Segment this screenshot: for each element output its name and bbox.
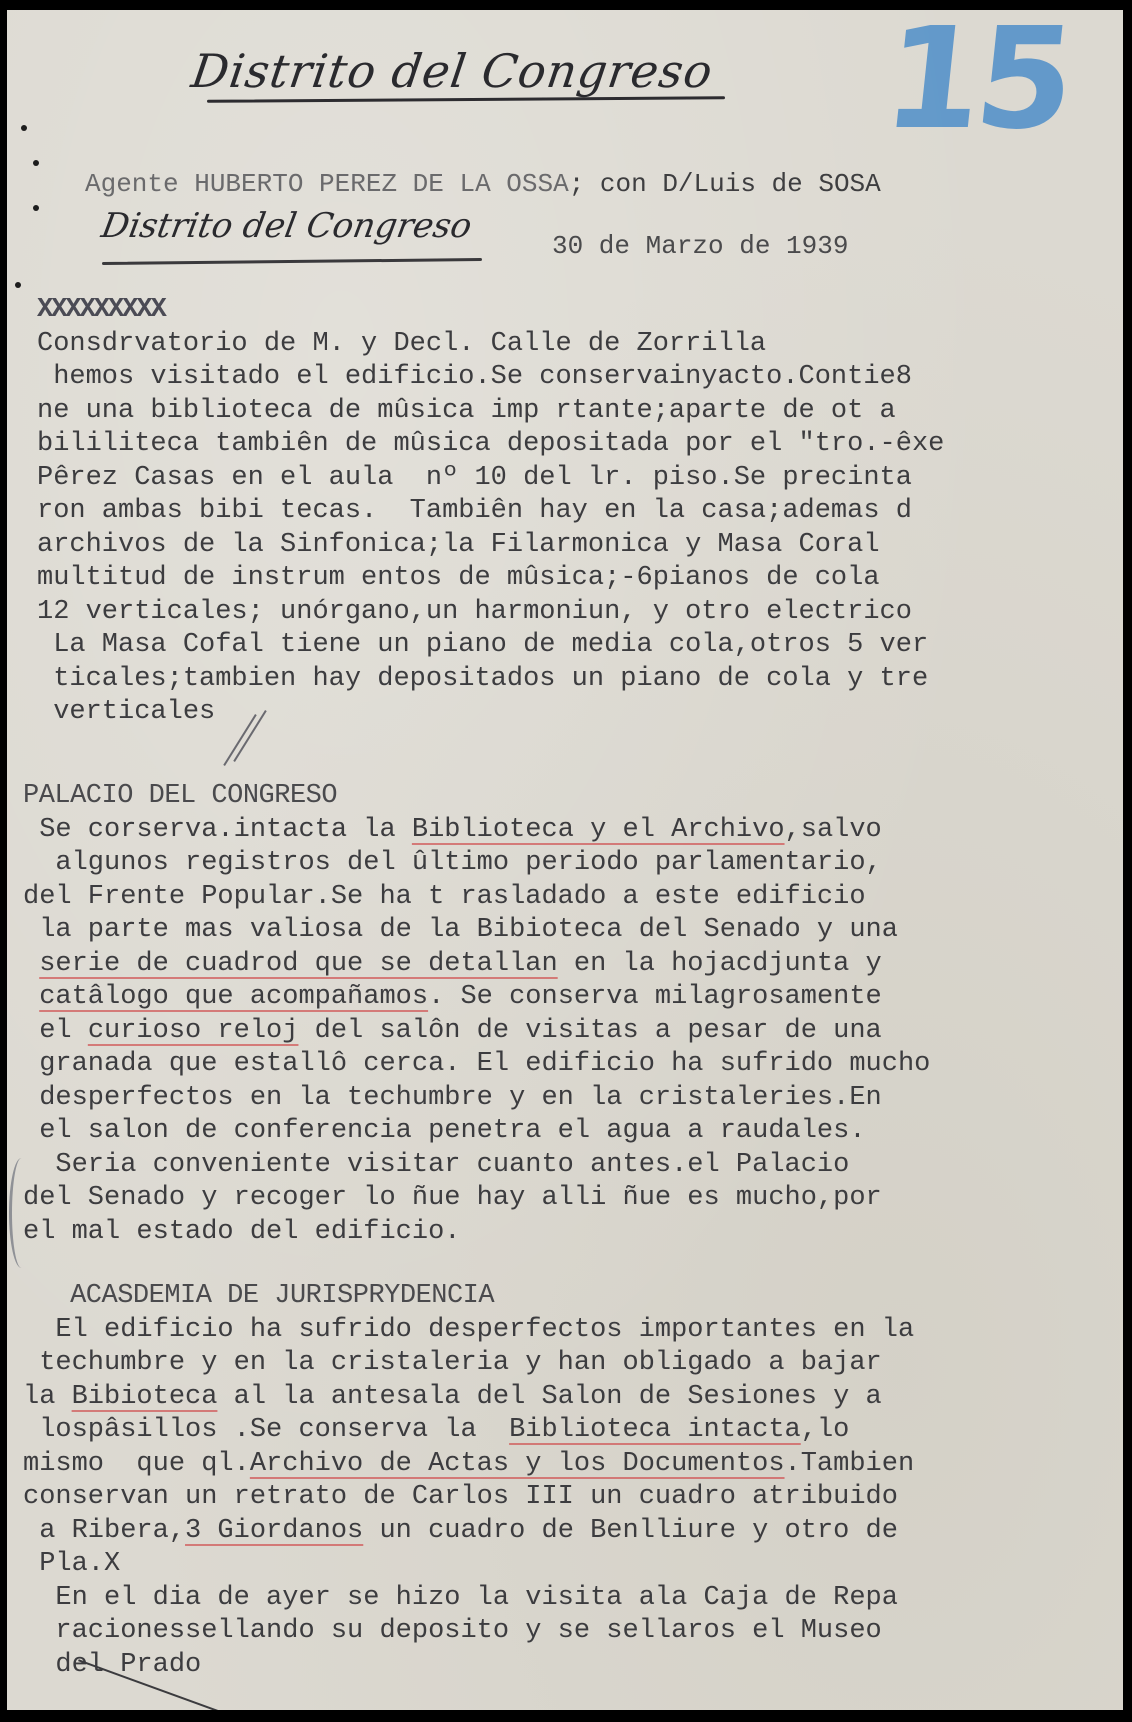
text-line: el mal estado del edificio. (23, 1216, 930, 1250)
text-line: racionessellando su deposito y se sellar… (23, 1615, 914, 1649)
text-line: del Senado y recoger lo ñue hay alli ñue… (23, 1182, 930, 1216)
text-segment: la (23, 1382, 72, 1412)
text-segment: ,lo (801, 1415, 850, 1445)
text-segment: un cuadro de Benlliure y otro de (363, 1516, 898, 1546)
text-line: la parte mas valiosa de la Bibioteca del… (23, 914, 930, 948)
agent-name: HUBERTO PEREZ DE LA OSSA (194, 169, 568, 199)
text-line: a Ribera,3 Giordanos un cuadro de Benlli… (23, 1515, 914, 1549)
section-conservatorio: XXXXXXXXX Consdrvatorio de M. y Decl. Ca… (37, 294, 944, 730)
text-segment: racionessellando su deposito y se sellar… (23, 1616, 882, 1646)
text-segment: del Prado (23, 1650, 201, 1680)
text-segment: del salôn de visitas a pesar de una (298, 1016, 881, 1046)
text-segment: el mal estado del edificio. (23, 1217, 460, 1247)
punch-mark (33, 205, 39, 211)
document-date: 30 de Marzo de 1939 (552, 230, 848, 263)
text-segment: ,salvo (785, 815, 882, 845)
text-segment: techumbre y en la cristaleria y han obli… (23, 1348, 882, 1378)
text-segment: desperfectos en la techumbre y en la cri… (23, 1083, 882, 1113)
text-line: del Prado (23, 1649, 914, 1683)
text-line: del Frente Popular.Se ha t rasladado a e… (23, 881, 930, 915)
text-line: multitud de instrum entos de mûsica;-6pi… (37, 562, 944, 596)
section-heading: ACASDEMIA DE JURISPRYDENCIA (23, 1280, 914, 1314)
text-line: catâlogo que acompañamos. Se conserva mi… (23, 981, 930, 1015)
red-underlined-text: catâlogo que acompañamos (39, 982, 428, 1012)
text-line: el curioso reloj del salôn de visitas a … (23, 1015, 930, 1049)
red-underlined-text: Archivo de Actas y los Documentos (250, 1449, 785, 1479)
text-segment: a Ribera, (23, 1516, 185, 1546)
text-segment (23, 982, 39, 1012)
red-underlined-text: 3 Giordanos (185, 1516, 363, 1546)
text-line: el salon de conferencia penetra el agua … (23, 1115, 930, 1149)
text-segment: mismo que ql. (23, 1449, 250, 1479)
text-line: En el dia de ayer se hizo la visita ala … (23, 1582, 914, 1616)
text-line: algunos registros del ûltimo periodo par… (23, 847, 930, 881)
text-segment: .Tambien (785, 1449, 915, 1479)
handwritten-title: Distrito del Congreso (188, 44, 716, 98)
text-line: ticales;tambien hay depositados un piano… (37, 663, 944, 697)
text-segment: al la antesala del Salon de Sesiones y a (217, 1382, 881, 1412)
red-underlined-text: Biblioteca y el Archivo (412, 815, 785, 845)
text-line: Se corserva.intacta la Biblioteca y el A… (23, 814, 930, 848)
text-segment (23, 949, 39, 979)
text-segment: en la hojacdjunta y (558, 949, 882, 979)
folio-number: 15 (878, 10, 1076, 150)
agent-line: Agente HUBERTO PEREZ DE LA OSSA; con D/L… (85, 168, 881, 201)
agent-prefix: Agente (85, 169, 194, 199)
text-line: la Bibioteca al la antesala del Salon de… (23, 1381, 914, 1415)
red-underlined-text: Bibioteca (72, 1382, 218, 1412)
text-segment: conservan un retrato de Carlos III un cu… (23, 1482, 898, 1512)
text-line: Pêrez Casas en el aula nº 10 del lr. pis… (37, 462, 944, 496)
text-line: archivos de la Sinfonica;la Filarmonica … (37, 529, 944, 563)
text-segment: Se corserva.intacta la (23, 815, 412, 845)
text-segment: del Senado y recoger lo ñue hay alli ñue… (23, 1183, 882, 1213)
text-line: Consdrvatorio de M. y Decl. Calle de Zor… (37, 328, 944, 362)
text-line: bililiteca tambiên de mûsica depositada … (37, 428, 944, 462)
text-line: Pla.X (23, 1548, 914, 1582)
text-line: granada que estallô cerca. El edificio h… (23, 1048, 930, 1082)
text-line: El edificio ha sufrido desperfectos impo… (23, 1314, 914, 1348)
text-segment: . Se conserva milagrosamente (428, 982, 882, 1012)
section-heading: PALACIO DEL CONGRESO (23, 780, 930, 814)
text-line: ron ambas bibi tecas. Tambiên hay en la … (37, 495, 944, 529)
text-line: 12 verticales; unórgano,un harmoniun, y … (37, 596, 944, 630)
text-line: serie de cuadrod que se detallan en la h… (23, 948, 930, 982)
text-line: mismo que ql.Archivo de Actas y los Docu… (23, 1448, 914, 1482)
agent-separator: ; (569, 169, 600, 199)
text-segment: del Frente Popular.Se ha t rasladado a e… (23, 882, 866, 912)
text-segment: El edificio ha sufrido desperfectos impo… (23, 1315, 914, 1345)
text-line: ne una biblioteca de mûsica imp rtante;a… (37, 395, 944, 429)
section-academia-jurisprudencia: ACASDEMIA DE JURISPRYDENCIA El edificio … (23, 1280, 914, 1682)
text-segment: algunos registros del ûltimo periodo par… (23, 848, 882, 878)
handwritten-subtitle: Distrito del Congreso (98, 206, 474, 246)
red-underlined-text: serie de cuadrod que se detallan (39, 949, 557, 979)
document-page: Distrito del Congreso 15 Agente HUBERTO … (7, 10, 1123, 1710)
text-line: desperfectos en la techumbre y en la cri… (23, 1082, 930, 1116)
text-segment: lospâsillos .Se conserva la (23, 1415, 509, 1445)
text-line: techumbre y en la cristaleria y han obli… (23, 1347, 914, 1381)
punch-mark (33, 160, 39, 166)
text-segment: la parte mas valiosa de la Bibioteca del… (23, 915, 898, 945)
text-line: verticales (37, 696, 944, 730)
text-line: La Masa Cofal tiene un piano de media co… (37, 629, 944, 663)
punch-mark (15, 282, 21, 288)
text-segment: En el dia de ayer se hizo la visita ala … (23, 1583, 898, 1613)
text-segment: el salon de conferencia penetra el agua … (23, 1116, 866, 1146)
text-line: lospâsillos .Se conserva la Biblioteca i… (23, 1414, 914, 1448)
text-segment: granada que estallô cerca. El edificio h… (23, 1049, 930, 1079)
text-line: Seria conveniente visitar cuanto antes.e… (23, 1149, 930, 1183)
text-segment: Seria conveniente visitar cuanto antes.e… (23, 1150, 849, 1180)
text-line: conservan un retrato de Carlos III un cu… (23, 1481, 914, 1515)
struck-heading: XXXXXXXXX (37, 294, 944, 328)
punch-mark (21, 125, 27, 131)
text-line: hemos visitado el edificio.Se conservain… (37, 361, 944, 395)
text-segment: el (23, 1016, 88, 1046)
handwritten-subtitle-underline (102, 258, 482, 265)
red-underlined-text: Biblioteca intacta (509, 1415, 801, 1445)
red-underlined-text: curioso reloj (88, 1016, 299, 1046)
agent-companion: con D/Luis de SOSA (600, 169, 881, 199)
margin-bracket-mark (9, 1158, 34, 1268)
section-palacio-del-congreso: PALACIO DEL CONGRESO Se corserva.intacta… (23, 780, 930, 1249)
text-segment: Pla.X (23, 1549, 120, 1579)
